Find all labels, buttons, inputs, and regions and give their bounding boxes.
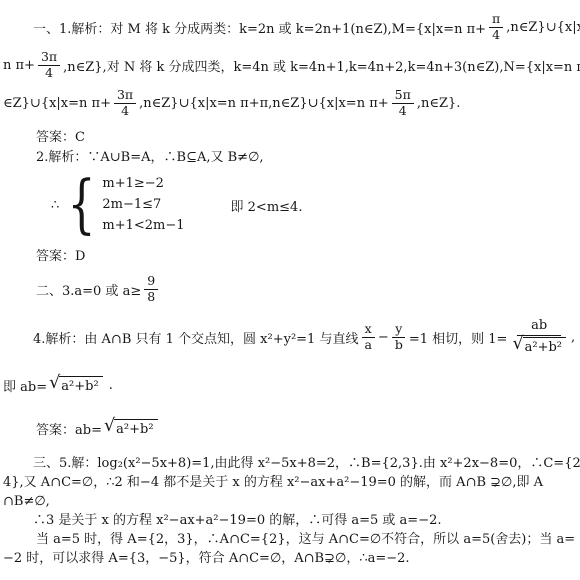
- left-brace: {: [68, 173, 96, 236]
- inequality-2: 2m−1≤7: [102, 195, 184, 215]
- sqrt-expression: √ a²+b²: [104, 419, 158, 437]
- solution-4-line-2: 即 ab= √ a²+b² .: [3, 371, 578, 399]
- sqrt-denominator: √ a²+b²: [510, 336, 568, 356]
- solution-3: 二、3.a=0 或 a≥ 9 8: [3, 272, 578, 306]
- math-text: 答案：ab=: [36, 419, 102, 438]
- solution-5-line-3: ∩B≠∅,: [3, 492, 578, 511]
- radical-sign: √: [104, 418, 115, 436]
- solution-1-line-1: 一、1.解析：对 M 将 k 分成两类：k=2n 或 k=2n+1(n∈Z),M…: [3, 8, 578, 46]
- math-text: ,n∈Z}∪{x|x=n π+π,n∈Z}∪{x|x=n π+: [139, 96, 389, 111]
- math-text: 一、1.解析：对 M 将 k 分成两类：k=2n 或 k=2n+1(n∈Z),M…: [33, 18, 486, 37]
- math-text: =1 相切，则 1=: [409, 328, 508, 347]
- fraction-y-b: y b: [392, 322, 406, 352]
- system-conclusion: 即 2<m≤4.: [231, 196, 303, 215]
- inequality-1: m+1≥−2: [102, 174, 184, 194]
- math-text: ,n∈Z},对 N 将 k 分成四类，k=4n 或 k=4n+1,k=4n+2,…: [63, 56, 580, 75]
- fraction-9-8: 9 8: [144, 274, 158, 304]
- solution-5-line-5: 当 a=5 时，得 A={2，3}，∴A∩C={2}，这与 A∩C=∅不符合，所…: [3, 530, 578, 549]
- solution-5: 三、5.解：log₂(x²−5x+8)=1,由此得 x²−5x+8=2，∴B={…: [3, 454, 578, 568]
- math-text: ,n∈Z}∪{x|x=: [506, 20, 580, 35]
- fraction-3pi-4: 3π 4: [38, 50, 60, 80]
- fraction-5pi-4: 5π 4: [392, 88, 414, 118]
- math-text: 二、3.a=0 或 a≥: [36, 280, 141, 299]
- answer-1: 答案：C: [3, 129, 578, 147]
- radical-sign: √: [512, 336, 523, 354]
- math-text: 即 ab=: [3, 376, 47, 395]
- solution-5-line-2: 4},又 A∩C=∅，∴2 和−4 都不是关于 x 的方程 x²−ax+a²−1…: [3, 473, 578, 492]
- solution-5-line-4: ∴3 是关于 x 的方程 x²−ax+a²−19=0 的解，∴可得 a=5 或 …: [3, 511, 578, 530]
- math-text: n π+: [3, 58, 35, 73]
- math-text: ∈Z}∪{x|x=n π+: [3, 96, 111, 111]
- math-text: 4.解析：由 A∩B 只有 1 个交点知，圆 x²+y²=1 与直线: [33, 328, 358, 347]
- fraction-ab-sqrt: ab √ a²+b²: [510, 318, 568, 355]
- inequality-list: m+1≥−2 2m−1≤7 m+1<2m−1: [102, 174, 184, 236]
- inequality-3: m+1<2m−1: [102, 216, 184, 236]
- math-solutions-document: 一、1.解析：对 M 将 k 分成两类：k=2n 或 k=2n+1(n∈Z),M…: [0, 0, 580, 580]
- inequality-system: ∴ { m+1≥−2 2m−1≤7 m+1<2m−1 即 2<m≤4.: [3, 173, 578, 237]
- fraction-3pi-4: 3π 4: [114, 88, 136, 118]
- radical-sign: √: [49, 375, 60, 393]
- fraction-pi-4: π 4: [489, 12, 503, 42]
- fraction-x-a: x a: [361, 322, 374, 352]
- solution-5-line-6: −2 时，可以求得 A={3，−5}，符合 A∩C=∅，A∩B⊋∅，∴a=−2.: [3, 549, 578, 568]
- solution-5-line-1: 三、5.解：log₂(x²−5x+8)=1,由此得 x²−5x+8=2，∴B={…: [3, 454, 578, 473]
- sqrt-expression: √ a²+b²: [512, 337, 566, 356]
- minus-sign: −: [378, 330, 389, 345]
- therefore-symbol: ∴: [51, 198, 59, 213]
- math-text: ,n∈Z}.: [417, 96, 461, 111]
- math-text: ,: [571, 330, 575, 345]
- sqrt-expression: √ a²+b²: [49, 376, 103, 394]
- answer-4: 答案：ab= √ a²+b²: [3, 414, 578, 442]
- answer-2: 答案：D: [3, 248, 578, 266]
- math-text: .: [105, 378, 113, 393]
- solution-2-text: 2.解析：∵A∪B=A，∴B⊆A,又 B≠∅,: [3, 149, 578, 167]
- solution-1-line-3: ∈Z}∪{x|x=n π+ 3π 4 ,n∈Z}∪{x|x=n π+π,n∈Z}…: [3, 84, 578, 122]
- solution-4-line-1: 4.解析：由 A∩B 只有 1 个交点知，圆 x²+y²=1 与直线 x a −…: [3, 316, 578, 358]
- solution-1-line-2: n π+ 3π 4 ,n∈Z},对 N 将 k 分成四类，k=4n 或 k=4n…: [3, 46, 578, 84]
